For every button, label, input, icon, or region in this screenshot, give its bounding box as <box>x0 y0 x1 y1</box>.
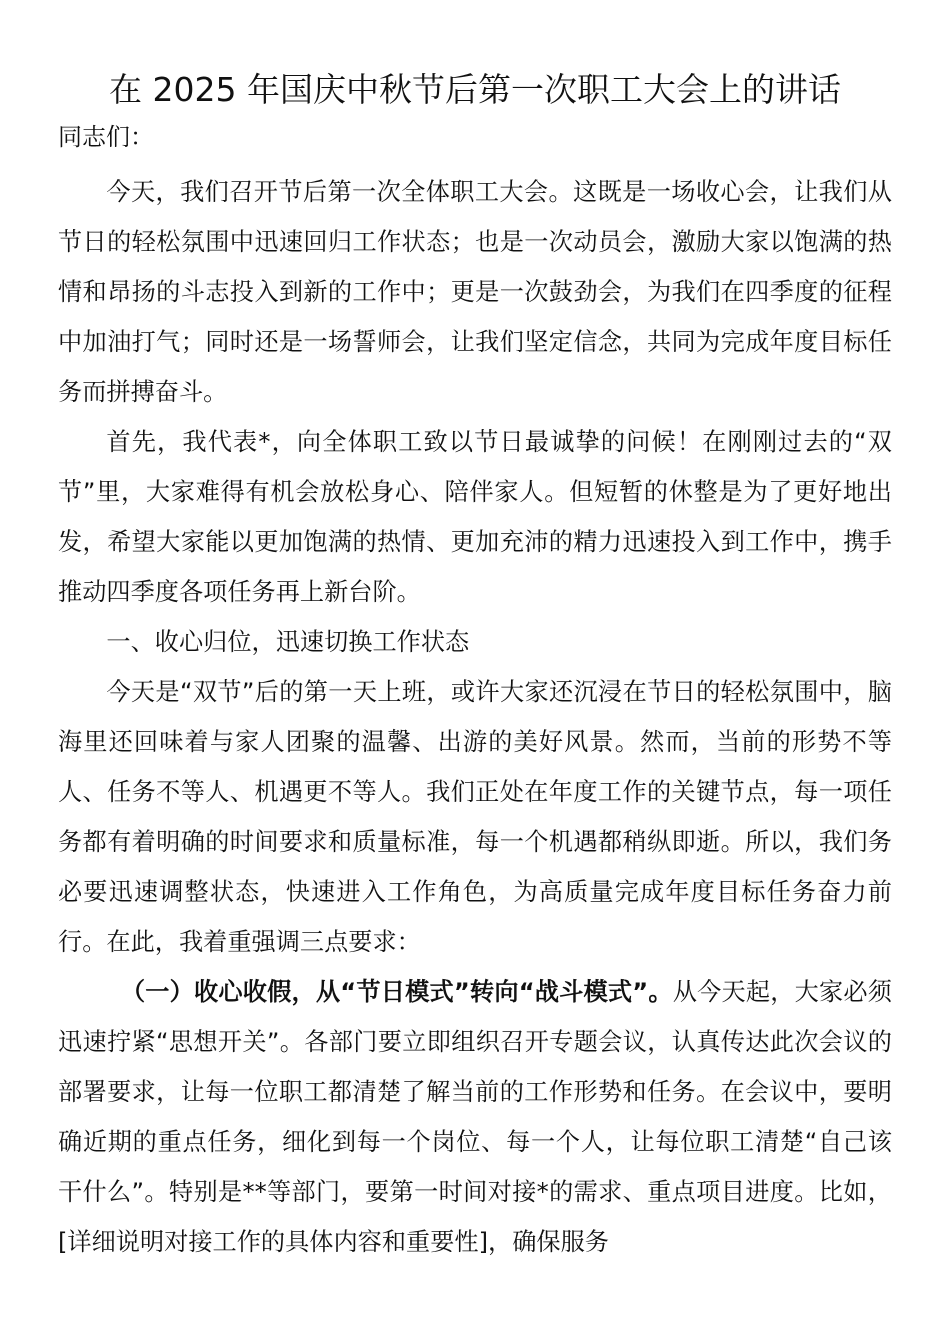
subsection-1-heading: （一）收心收假，从“节日模式”转向“战斗模式” <box>121 978 648 1006</box>
subsection-1-text: 从今天起，大家必须迅速拧紧“思想开关”。各部门要立即组织召开专题会议，认真传达此… <box>58 978 892 1256</box>
document-page: 在 2025 年国庆中秋节后第一次职工大会上的讲话 同志们： 今天，我们召开节后… <box>0 0 950 1344</box>
section-heading-1: 一、收心归位，迅速切换工作状态 <box>58 617 892 667</box>
salutation: 同志们： <box>58 120 154 154</box>
paragraph-opening: 今天，我们召开节后第一次全体职工大会。这既是一场收心会，让我们从节日的轻松氛围中… <box>58 167 892 417</box>
document-title: 在 2025 年国庆中秋节后第一次职工大会上的讲话 <box>0 66 950 114</box>
paragraph-greeting: 首先，我代表*，向全体职工致以节日最诚挚的问候！在刚刚过去的“双节”里，大家难得… <box>58 417 892 617</box>
document-body: 今天，我们召开节后第一次全体职工大会。这既是一场收心会，让我们从节日的轻松氛围中… <box>58 167 892 1267</box>
subsection-1-paragraph: （一）收心收假，从“节日模式”转向“战斗模式”。从今天起，大家必须迅速拧紧“思想… <box>58 967 892 1267</box>
subsection-1-heading-end: 。 <box>648 978 673 1006</box>
section-1-paragraph: 今天是“双节”后的第一天上班，或许大家还沉浸在节日的轻松氛围中，脑海里还回味着与… <box>58 667 892 967</box>
